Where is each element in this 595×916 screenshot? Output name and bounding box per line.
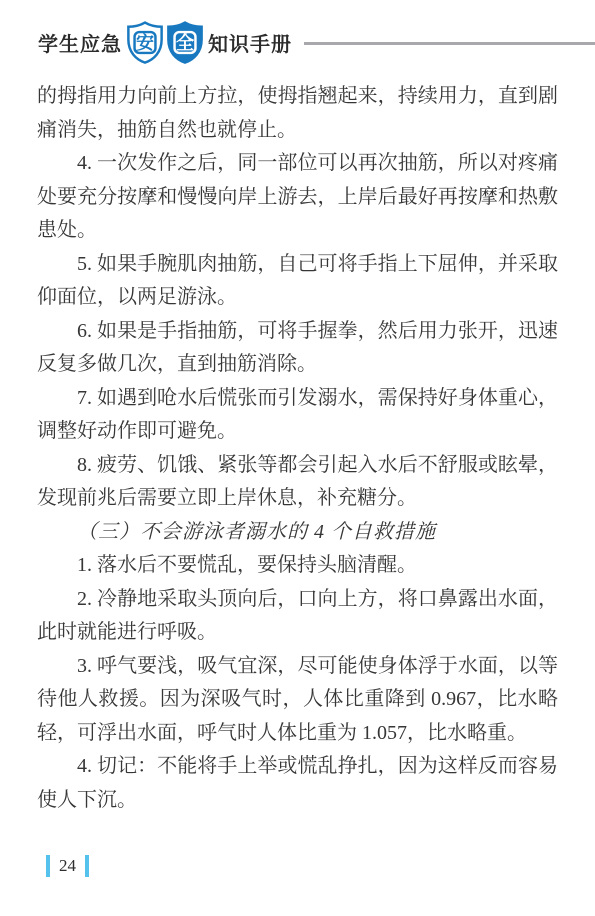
body-paragraph: 的拇指用力向前上方拉，使拇指翘起来，持续用力，直到剧痛消失，抽筋自然也就停止。 (37, 80, 558, 147)
header-title-left: 学生应急 (38, 28, 122, 57)
page-number: 24 (50, 856, 85, 876)
body-paragraph: 3. 呼气要浅，吸气宜深，尽可能使身体浮于水面，以等待他人救援。因为深吸气时，人… (37, 650, 558, 751)
page-header: 学生应急 安 全 知识手册 (38, 18, 595, 66)
body-paragraph: 1. 落水后不要慌乱，要保持头脑清醒。 (37, 549, 558, 583)
footer-right-bar (85, 855, 89, 877)
shield-an-icon: 安 (126, 20, 164, 65)
body-paragraph: 6. 如果是手指抽筋，可将手握拳，然后用力张开，迅速反复多做几次，直到抽筋消除。 (37, 315, 558, 382)
header-title-right: 知识手册 (208, 28, 292, 57)
body-paragraph: 4. 切记：不能将手上举或慌乱挣扎，因为这样反而容易使人下沉。 (37, 750, 558, 817)
body-paragraph: 7. 如遇到呛水后慌张而引发溺水，需保持好身体重心，调整好动作即可避免。 (37, 382, 558, 449)
header-divider (304, 42, 595, 45)
svg-text:全: 全 (176, 32, 194, 53)
safety-badge: 安 全 (125, 20, 205, 65)
section-subheading: （三）不会游泳者溺水的 4 个自救措施 (37, 516, 558, 550)
book-page: 学生应急 安 全 知识手册 的拇指用力向前上方拉，使拇指翘起来，持续用力，直到剧… (0, 0, 595, 916)
body-paragraph: 2. 冷静地采取头顶向后，口向上方，将口鼻露出水面，此时就能进行呼吸。 (37, 583, 558, 650)
page-footer: 24 (46, 855, 89, 877)
body-paragraph: 4. 一次发作之后，同一部位可以再次抽筋，所以对疼痛处要充分按摩和慢慢向岸上游去… (37, 147, 558, 248)
body-paragraph: 8. 疲劳、饥饿、紧张等都会引起入水后不舒服或眩晕，发现前兆后需要立即上岸休息，… (37, 449, 558, 516)
shield-quan-icon: 全 (166, 20, 204, 65)
page-body: 的拇指用力向前上方拉，使拇指翘起来，持续用力，直到剧痛消失，抽筋自然也就停止。4… (37, 80, 558, 817)
svg-text:安: 安 (136, 32, 154, 53)
body-paragraph: 5. 如果手腕肌肉抽筋，自己可将手指上下屈伸，并采取仰面位，以两足游泳。 (37, 248, 558, 315)
